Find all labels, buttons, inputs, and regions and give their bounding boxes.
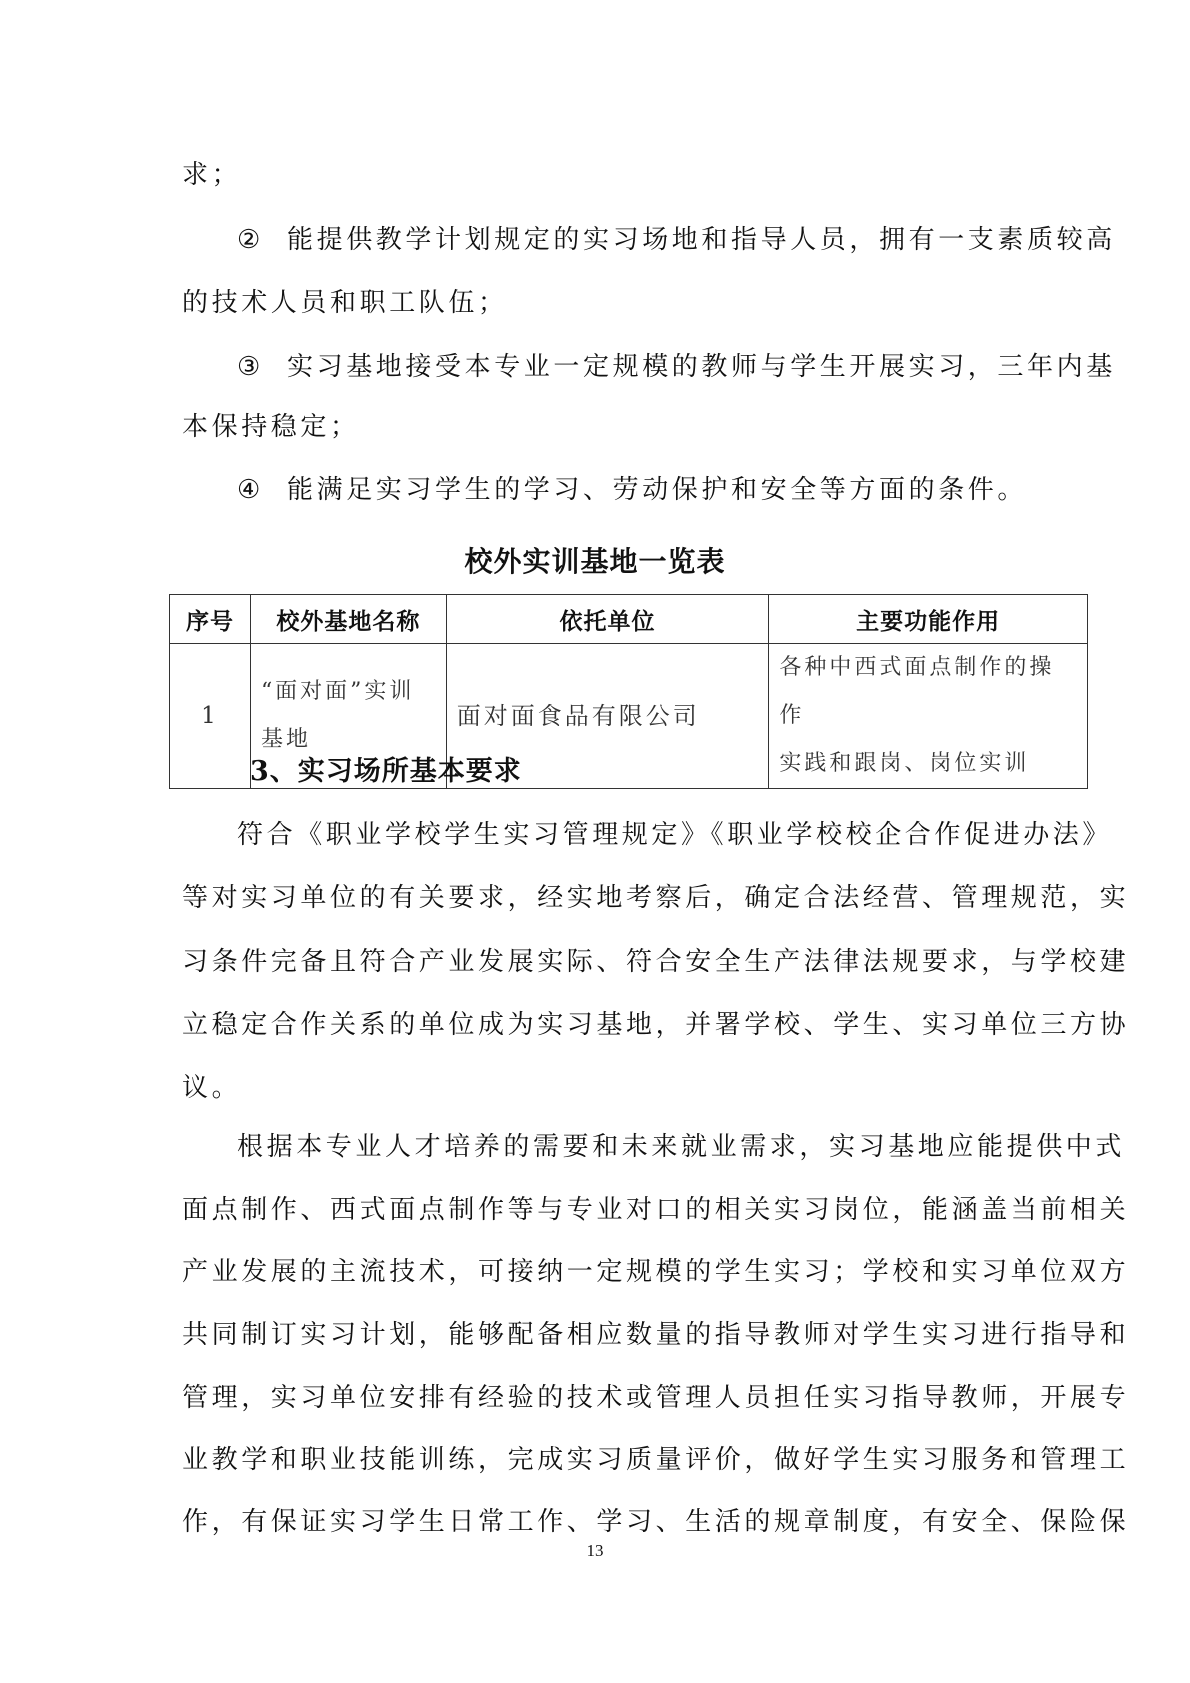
circled-number: ④ bbox=[237, 473, 287, 507]
paragraph-line: 习条件完备且符合产业发展实际、符合安全生产法律法规要求，与学校建 bbox=[182, 945, 1076, 979]
text-line: 求； bbox=[182, 158, 1076, 192]
cell-line: “面对面”实训 bbox=[261, 668, 436, 716]
paragraph-line: 根据本专业人才培养的需要和未来就业需求，实习基地应能提供中式 bbox=[237, 1130, 1076, 1164]
cell-function: 各种中西式面点制作的操作实践和跟岗、岗位实训 bbox=[769, 644, 1088, 789]
cell-line: 各种中西式面点制作的操作 bbox=[779, 644, 1077, 740]
paragraph-line: 共同制订实习计划，能够配备相应数量的指导教师对学生实习进行指导和 bbox=[182, 1318, 1076, 1352]
paragraph-line: 立稳定合作关系的单位成为实习基地，并署学校、学生、实习单位三方协 bbox=[182, 1008, 1076, 1042]
table-header-row: 序号 校外基地名称 依托单位 主要功能作用 bbox=[170, 595, 1088, 644]
paragraph-line: 作，有保证实习学生日常工作、学习、生活的规章制度，有安全、保险保 bbox=[182, 1505, 1076, 1539]
section-heading: 3、实习场所基本要求 bbox=[250, 754, 522, 790]
list-item-text: 能满足实习学生的学习、劳动保护和安全等方面的条件。 bbox=[287, 475, 1027, 505]
table-title: 校外实训基地一览表 bbox=[0, 544, 1190, 580]
paragraph-line: 等对实习单位的有关要求，经实地考察后，确定合法经营、管理规范，实 bbox=[182, 881, 1076, 915]
list-item-text: 实习基地接受本专业一定规模的教师与学生开展实习，三年内基 bbox=[287, 352, 1116, 382]
text-line: 本保持稳定； bbox=[182, 410, 1076, 444]
list-item-4: ④能满足实习学生的学习、劳动保护和安全等方面的条件。 bbox=[237, 473, 1076, 507]
list-item-text: 能提供教学计划规定的实习场地和指导人员，拥有一支素质较高 bbox=[287, 225, 1116, 255]
circled-number: ③ bbox=[237, 350, 287, 384]
list-item-3: ③实习基地接受本专业一定规模的教师与学生开展实习，三年内基 bbox=[237, 350, 1076, 384]
header-no: 序号 bbox=[170, 595, 251, 644]
text-line: 的技术人员和职工队伍； bbox=[182, 286, 1076, 320]
paragraph-line: 管理，实习单位安排有经验的技术或管理人员担任实习指导教师，开展专 bbox=[182, 1381, 1076, 1415]
paragraph-line: 符合《职业学校学生实习管理规定》《职业学校校企合作促进办法》 bbox=[237, 818, 1076, 852]
header-unit: 依托单位 bbox=[446, 595, 769, 644]
cell-no: 1 bbox=[170, 644, 251, 789]
list-item-2: ②能提供教学计划规定的实习场地和指导人员，拥有一支素质较高 bbox=[237, 223, 1076, 257]
header-base-name: 校外基地名称 bbox=[250, 595, 446, 644]
header-function: 主要功能作用 bbox=[769, 595, 1088, 644]
paragraph-line: 面点制作、西式面点制作等与专业对口的相关实习岗位，能涵盖当前相关 bbox=[182, 1193, 1076, 1227]
circled-number: ② bbox=[237, 223, 287, 257]
cell-line: 实践和跟岗、岗位实训 bbox=[779, 740, 1077, 788]
paragraph-line: 议。 bbox=[182, 1071, 1076, 1105]
paragraph-line: 产业发展的主流技术，可接纳一定规模的学生实习；学校和实习单位双方 bbox=[182, 1255, 1076, 1289]
paragraph-line: 业教学和职业技能训练，完成实习质量评价，做好学生实习服务和管理工 bbox=[182, 1443, 1076, 1477]
page-number: 13 bbox=[0, 1541, 1190, 1561]
